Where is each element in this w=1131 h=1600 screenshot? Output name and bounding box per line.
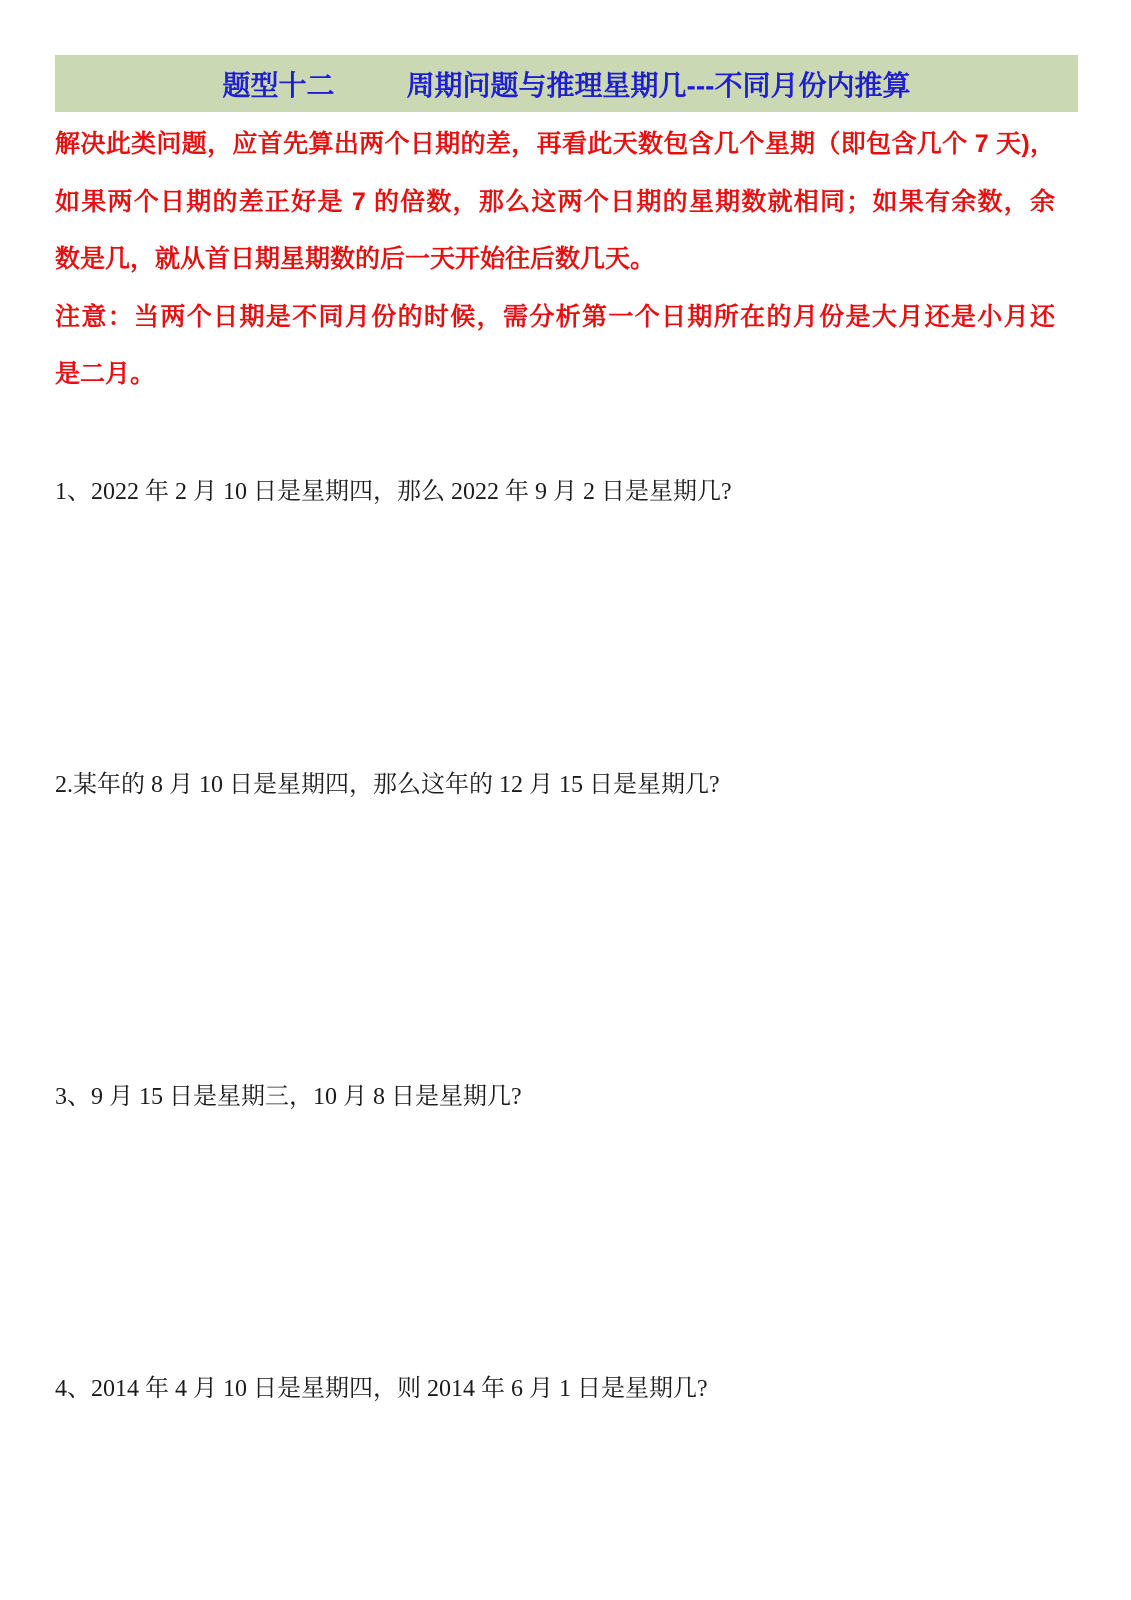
explanation-line-1: 解决此类问题，应首先算出两个日期的差，再看此天数包含几个星期（即包含几个 7 天… [55, 116, 1055, 174]
explanation-line-3: 数是几，就从首日期星期数的后一天开始往后数几天。 [55, 231, 1055, 289]
question-3: 3、9 月 15 日是星期三，10 月 8 日是星期几? [55, 1082, 1075, 1112]
worksheet-page: 题型十二 周期问题与推理星期几---不同月份内推算 解决此类问题，应首先算出两个… [0, 0, 1131, 1600]
note-line-2: 是二月。 [55, 346, 1055, 404]
page-title: 周期问题与推理星期几---不同月份内推算 [407, 64, 911, 104]
question-2: 2.某年的 8 月 10 日是星期四，那么这年的 12 月 15 日是星期几? [55, 770, 1075, 800]
note-line-1: 注意：当两个日期是不同月份的时候，需分析第一个日期所在的月份是大月还是小月还 [55, 289, 1055, 347]
question-4: 4、2014 年 4 月 10 日是星期四，则 2014 年 6 月 1 日是星… [55, 1374, 1075, 1404]
title-banner: 题型十二 周期问题与推理星期几---不同月份内推算 [55, 55, 1078, 112]
explanation-line-2: 如果两个日期的差正好是 7 的倍数，那么这两个日期的星期数就相同；如果有余数，余 [55, 174, 1055, 232]
method-explanation: 解决此类问题，应首先算出两个日期的差，再看此天数包含几个星期（即包含几个 7 天… [55, 116, 1055, 404]
question-1: 1、2022 年 2 月 10 日是星期四，那么 2022 年 9 月 2 日是… [55, 477, 1075, 507]
title-topic-number: 题型十二 [223, 64, 335, 104]
